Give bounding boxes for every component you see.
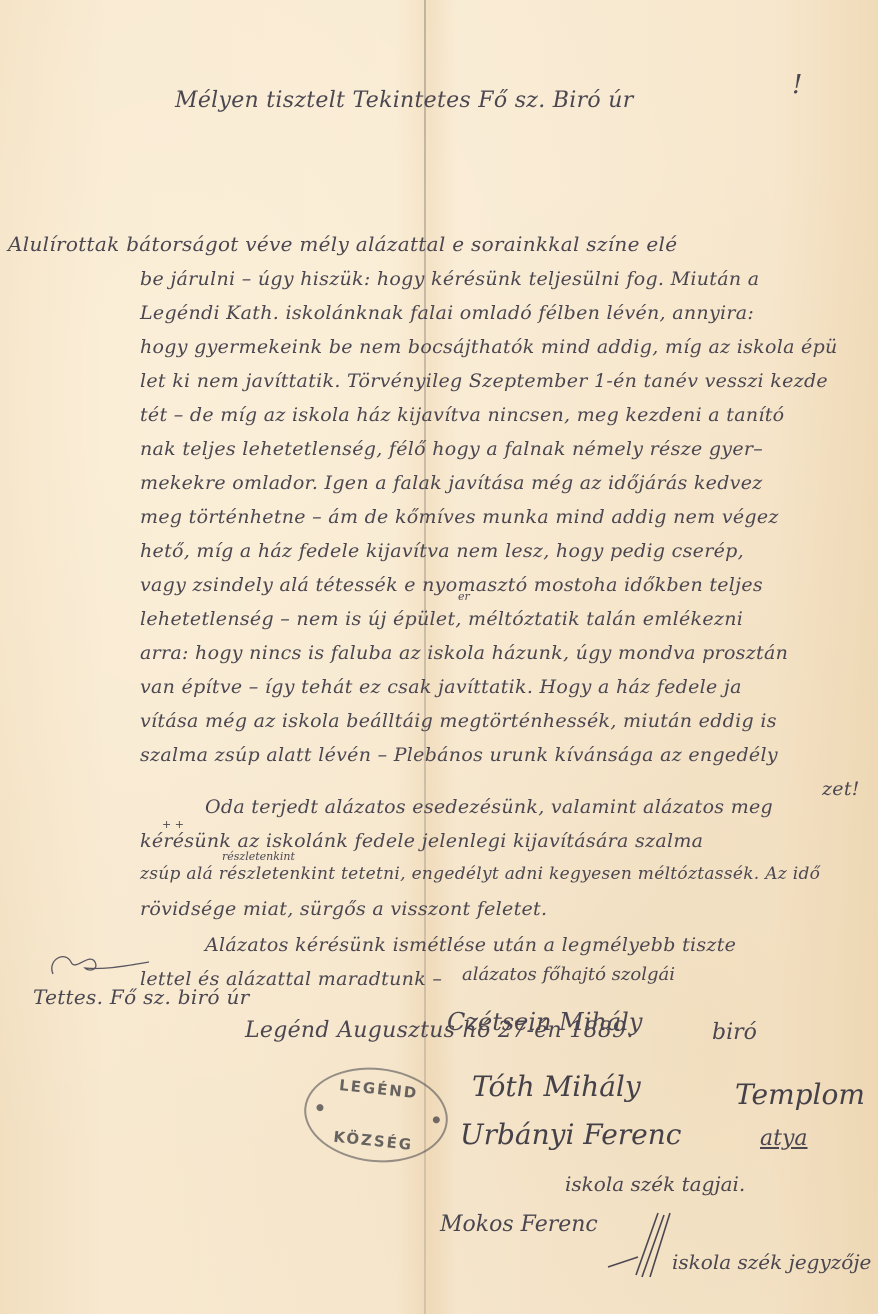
- body-line-13: arra: hogy nincs is faluba az iskola ház…: [140, 642, 788, 664]
- body-line-15: vítása még az iskola beálltáig megtörtén…: [140, 710, 777, 732]
- insertion-reszletenkint: részletenkint: [222, 850, 295, 863]
- body-line-17: zet!: [822, 778, 860, 800]
- signature-1-title: biró: [712, 1020, 757, 1045]
- signature-3-title: atya: [760, 1126, 808, 1151]
- signature-flourish-icon: [598, 1205, 678, 1285]
- para2-line-2: kérésünk az iskolánk fedele jelenlegi ki…: [140, 830, 703, 852]
- school-board-members: iskola szék tagjai.: [565, 1172, 745, 1196]
- salutation-exclamation: !: [792, 70, 802, 100]
- insertion-er: er: [458, 590, 470, 603]
- body-line-12: lehetetlenség – nem is új épület, méltóz…: [140, 608, 743, 630]
- para2-line-3: zsúp alá részletenkint tetetni, engedély…: [140, 864, 820, 884]
- para2-line-4: rövidsége miat, sürgős a visszont felete…: [140, 898, 547, 920]
- letter-page: Mélyen tisztelt Tekintetes Fő sz. Biró ú…: [0, 0, 878, 1314]
- servants-line: alázatos főhajtó szolgái: [462, 964, 675, 985]
- body-line-8: mekekre omlador. Igen a falak javítása m…: [140, 472, 763, 494]
- body-line-6: tét – de míg az iskola ház kijavítva nin…: [140, 404, 784, 426]
- body-line-3: Legéndi Kath. iskolánknak falai omladó f…: [140, 302, 754, 324]
- body-line-4: hogy gyermekeink be nem bocsájthatók min…: [140, 336, 838, 358]
- body-line-14: van építve – így tehát ez csak javíttati…: [140, 676, 742, 698]
- stamp-dot-right: [432, 1116, 440, 1124]
- signature-2-title: Templom: [735, 1078, 865, 1111]
- body-line-5: let ki nem javíttatik. Törvényileg Szept…: [140, 370, 828, 392]
- signature-5-title: iskola szék jegyzője: [672, 1250, 871, 1274]
- body-line-7: nak teljes lehetetlenség, félő hogy a fa…: [140, 438, 763, 460]
- body-line-2: be járulni – úgy hiszük: hogy kérésünk t…: [140, 268, 759, 290]
- para2-line-1: Oda terjedt alázatos esedezésünk, valami…: [205, 796, 773, 818]
- stamp-dot-left: [316, 1104, 324, 1112]
- stamp-bottom-text: KÖZSÉG: [303, 1125, 444, 1158]
- signature-2-name: Tóth Mihály: [472, 1070, 641, 1103]
- body-line-9: meg történhetne – ám de kőmíves munka mi…: [140, 506, 779, 528]
- body-line-11: vagy zsindely alá tétessék e nyomasztó m…: [140, 574, 763, 596]
- signature-5-name: Mokos Ferenc: [440, 1212, 598, 1237]
- closing-line-1: Alázatos kérésünk ismétlése után a legmé…: [205, 934, 736, 956]
- village-stamp: LEGÉND KÖZSÉG: [299, 1061, 452, 1170]
- signature-3-name: Urbányi Ferenc: [460, 1118, 681, 1151]
- signature-1-name: Czétsein Mihály: [447, 1008, 642, 1036]
- left-address: Tettes. Fő sz. biró úr: [33, 985, 250, 1009]
- salutation: Mélyen tisztelt Tekintetes Fő sz. Biró ú…: [175, 88, 634, 113]
- body-line-10: hető, míg a ház fedele kijavítva nem les…: [140, 540, 744, 562]
- body-line-16: szalma zsúp alatt lévén – Plebános urunk…: [140, 744, 778, 766]
- flourish-icon: [45, 950, 155, 980]
- stamp-top-text: LEGÉND: [308, 1073, 449, 1106]
- body-line-1: Alulírottak bátorságot véve mély alázatt…: [8, 232, 677, 256]
